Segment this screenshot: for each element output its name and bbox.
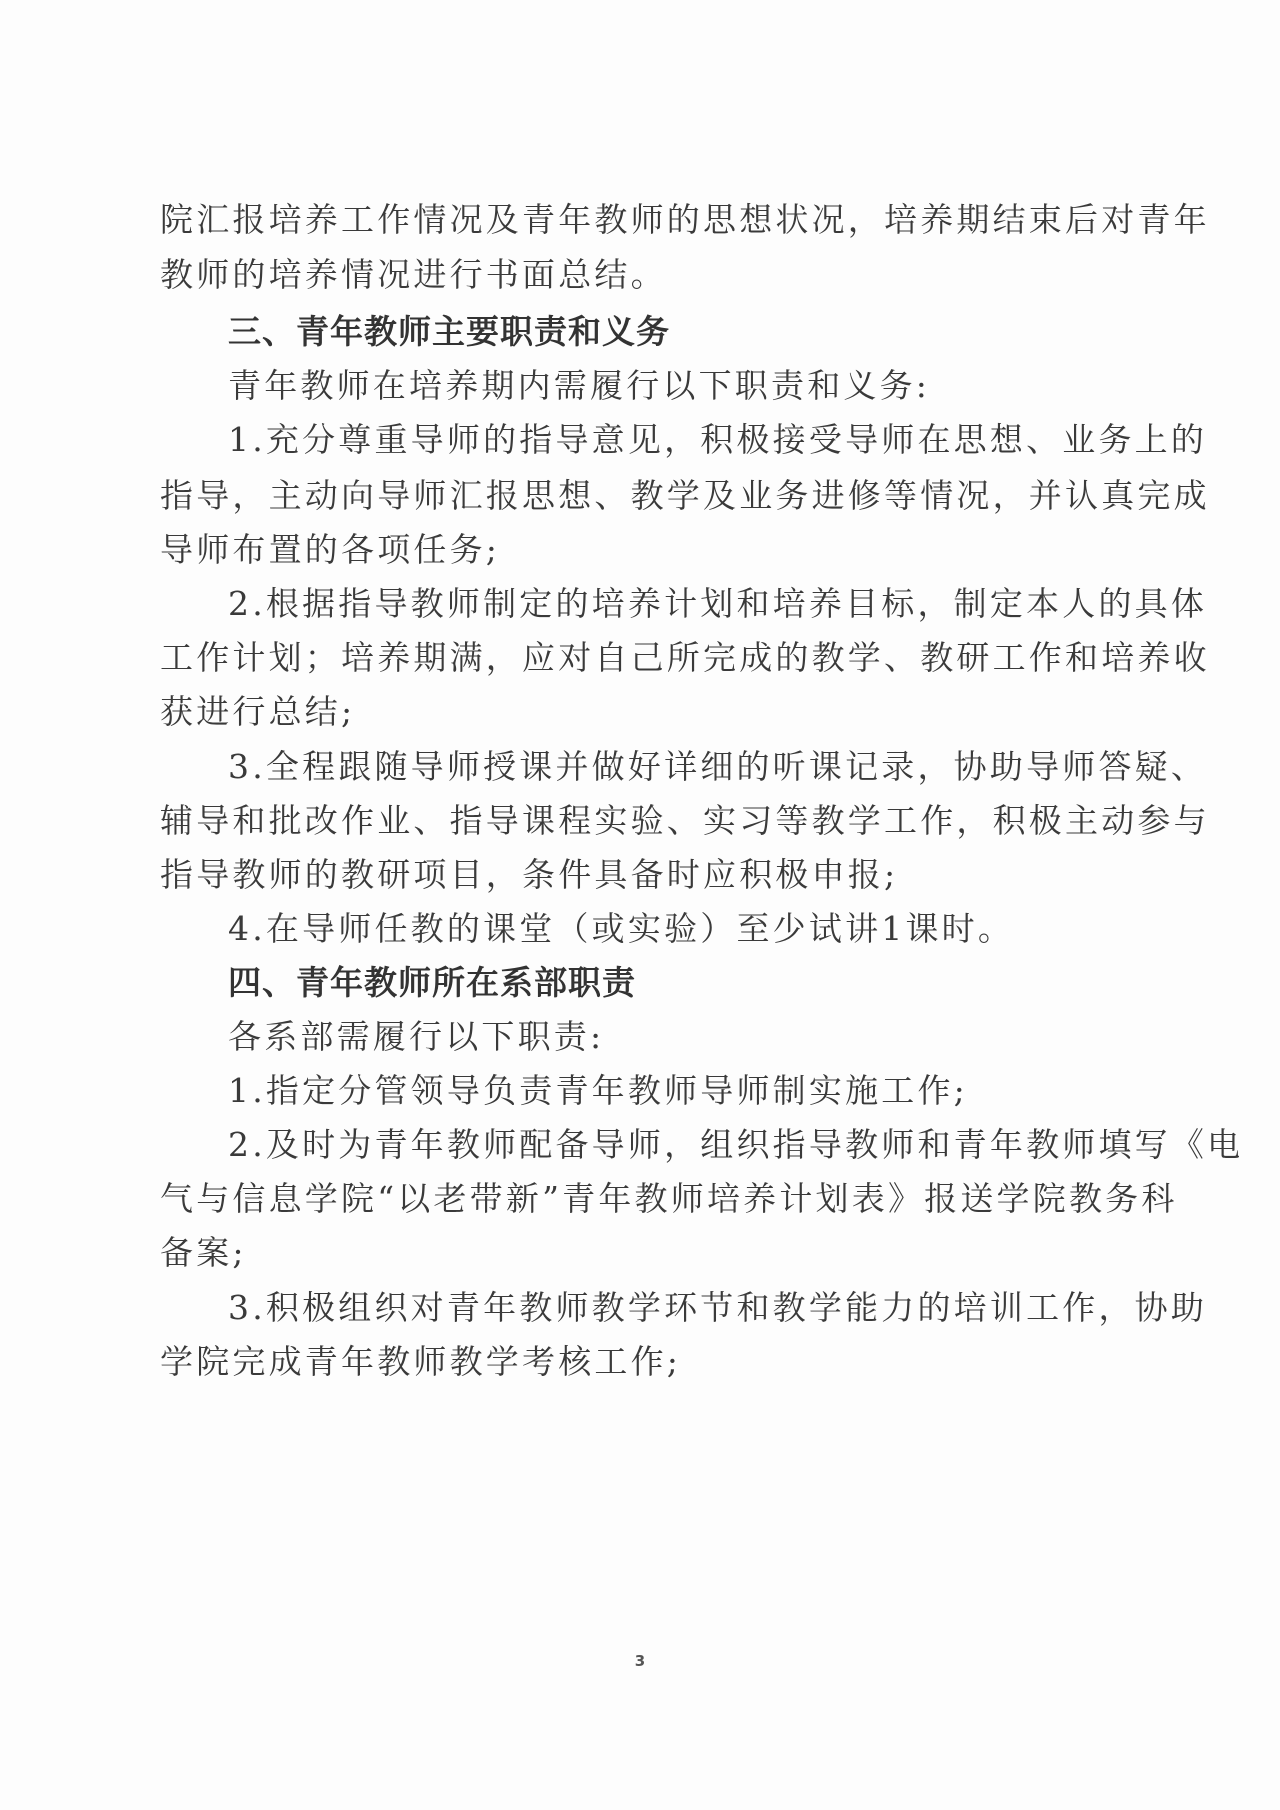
dept-item-3-line-2: 学院完成青年教师教学考核工作;: [160, 1342, 1170, 1382]
list-item-4: 4.在导师任教的课堂（或实验）至少试讲1课时。: [228, 909, 1168, 949]
section-intro: 青年教师在培养期内需履行以下职责和义务:: [228, 366, 1168, 406]
dept-item-1: 1.指定分管领导负责青年教师导师制实施工作;: [228, 1071, 1168, 1111]
section-heading-3: 三、青年教师主要职责和义务: [228, 312, 1168, 352]
section-intro: 各系部需履行以下职责:: [228, 1017, 1168, 1057]
list-item-2-line-3: 获进行总结;: [160, 692, 1170, 732]
list-item-3-line-2: 辅导和批改作业、指导课程实验、实习等教学工作，积极主动参与: [160, 801, 1170, 841]
list-item-1-line-3: 导师布置的各项任务;: [160, 530, 1170, 570]
document-page: 院汇报培养工作情况及青年教师的思想状况，培养期结束后对青年 教师的培养情况进行书…: [0, 0, 1280, 1810]
list-item-2-line-2: 工作计划；培养期满，应对自己所完成的教学、教研工作和培养收: [160, 638, 1170, 678]
paragraph-line-continuation: 院汇报培养工作情况及青年教师的思想状况，培养期结束后对青年: [160, 200, 1170, 240]
list-item-2-line-1: 2.根据指导教师制定的培养计划和培养目标，制定本人的具体: [228, 584, 1168, 624]
list-item-1-line-2: 指导，主动向导师汇报思想、教学及业务进修等情况，并认真完成: [160, 476, 1170, 516]
dept-item-2-line-2: 气与信息学院“以老带新”青年教师培养计划表》报送学院教务科: [160, 1179, 1170, 1219]
section-heading-4: 四、青年教师所在系部职责: [228, 963, 1168, 1003]
list-item-3-line-1: 3.全程跟随导师授课并做好详细的听课记录，协助导师答疑、: [228, 747, 1168, 787]
dept-item-2-line-3: 备案;: [160, 1233, 1170, 1273]
dept-item-3-line-1: 3.积极组织对青年教师教学环节和教学能力的培训工作，协助: [228, 1288, 1168, 1328]
dept-item-2-line-1: 2.及时为青年教师配备导师，组织指导教师和青年教师填写《电: [228, 1125, 1168, 1165]
list-item-1-line-1: 1.充分尊重导师的指导意见，积极接受导师在思想、业务上的: [228, 420, 1168, 460]
list-item-3-line-3: 指导教师的教研项目，条件具备时应积极申报;: [160, 855, 1170, 895]
paragraph-line-continuation: 教师的培养情况进行书面总结。: [160, 255, 1170, 295]
page-number: 3: [0, 1652, 1280, 1670]
